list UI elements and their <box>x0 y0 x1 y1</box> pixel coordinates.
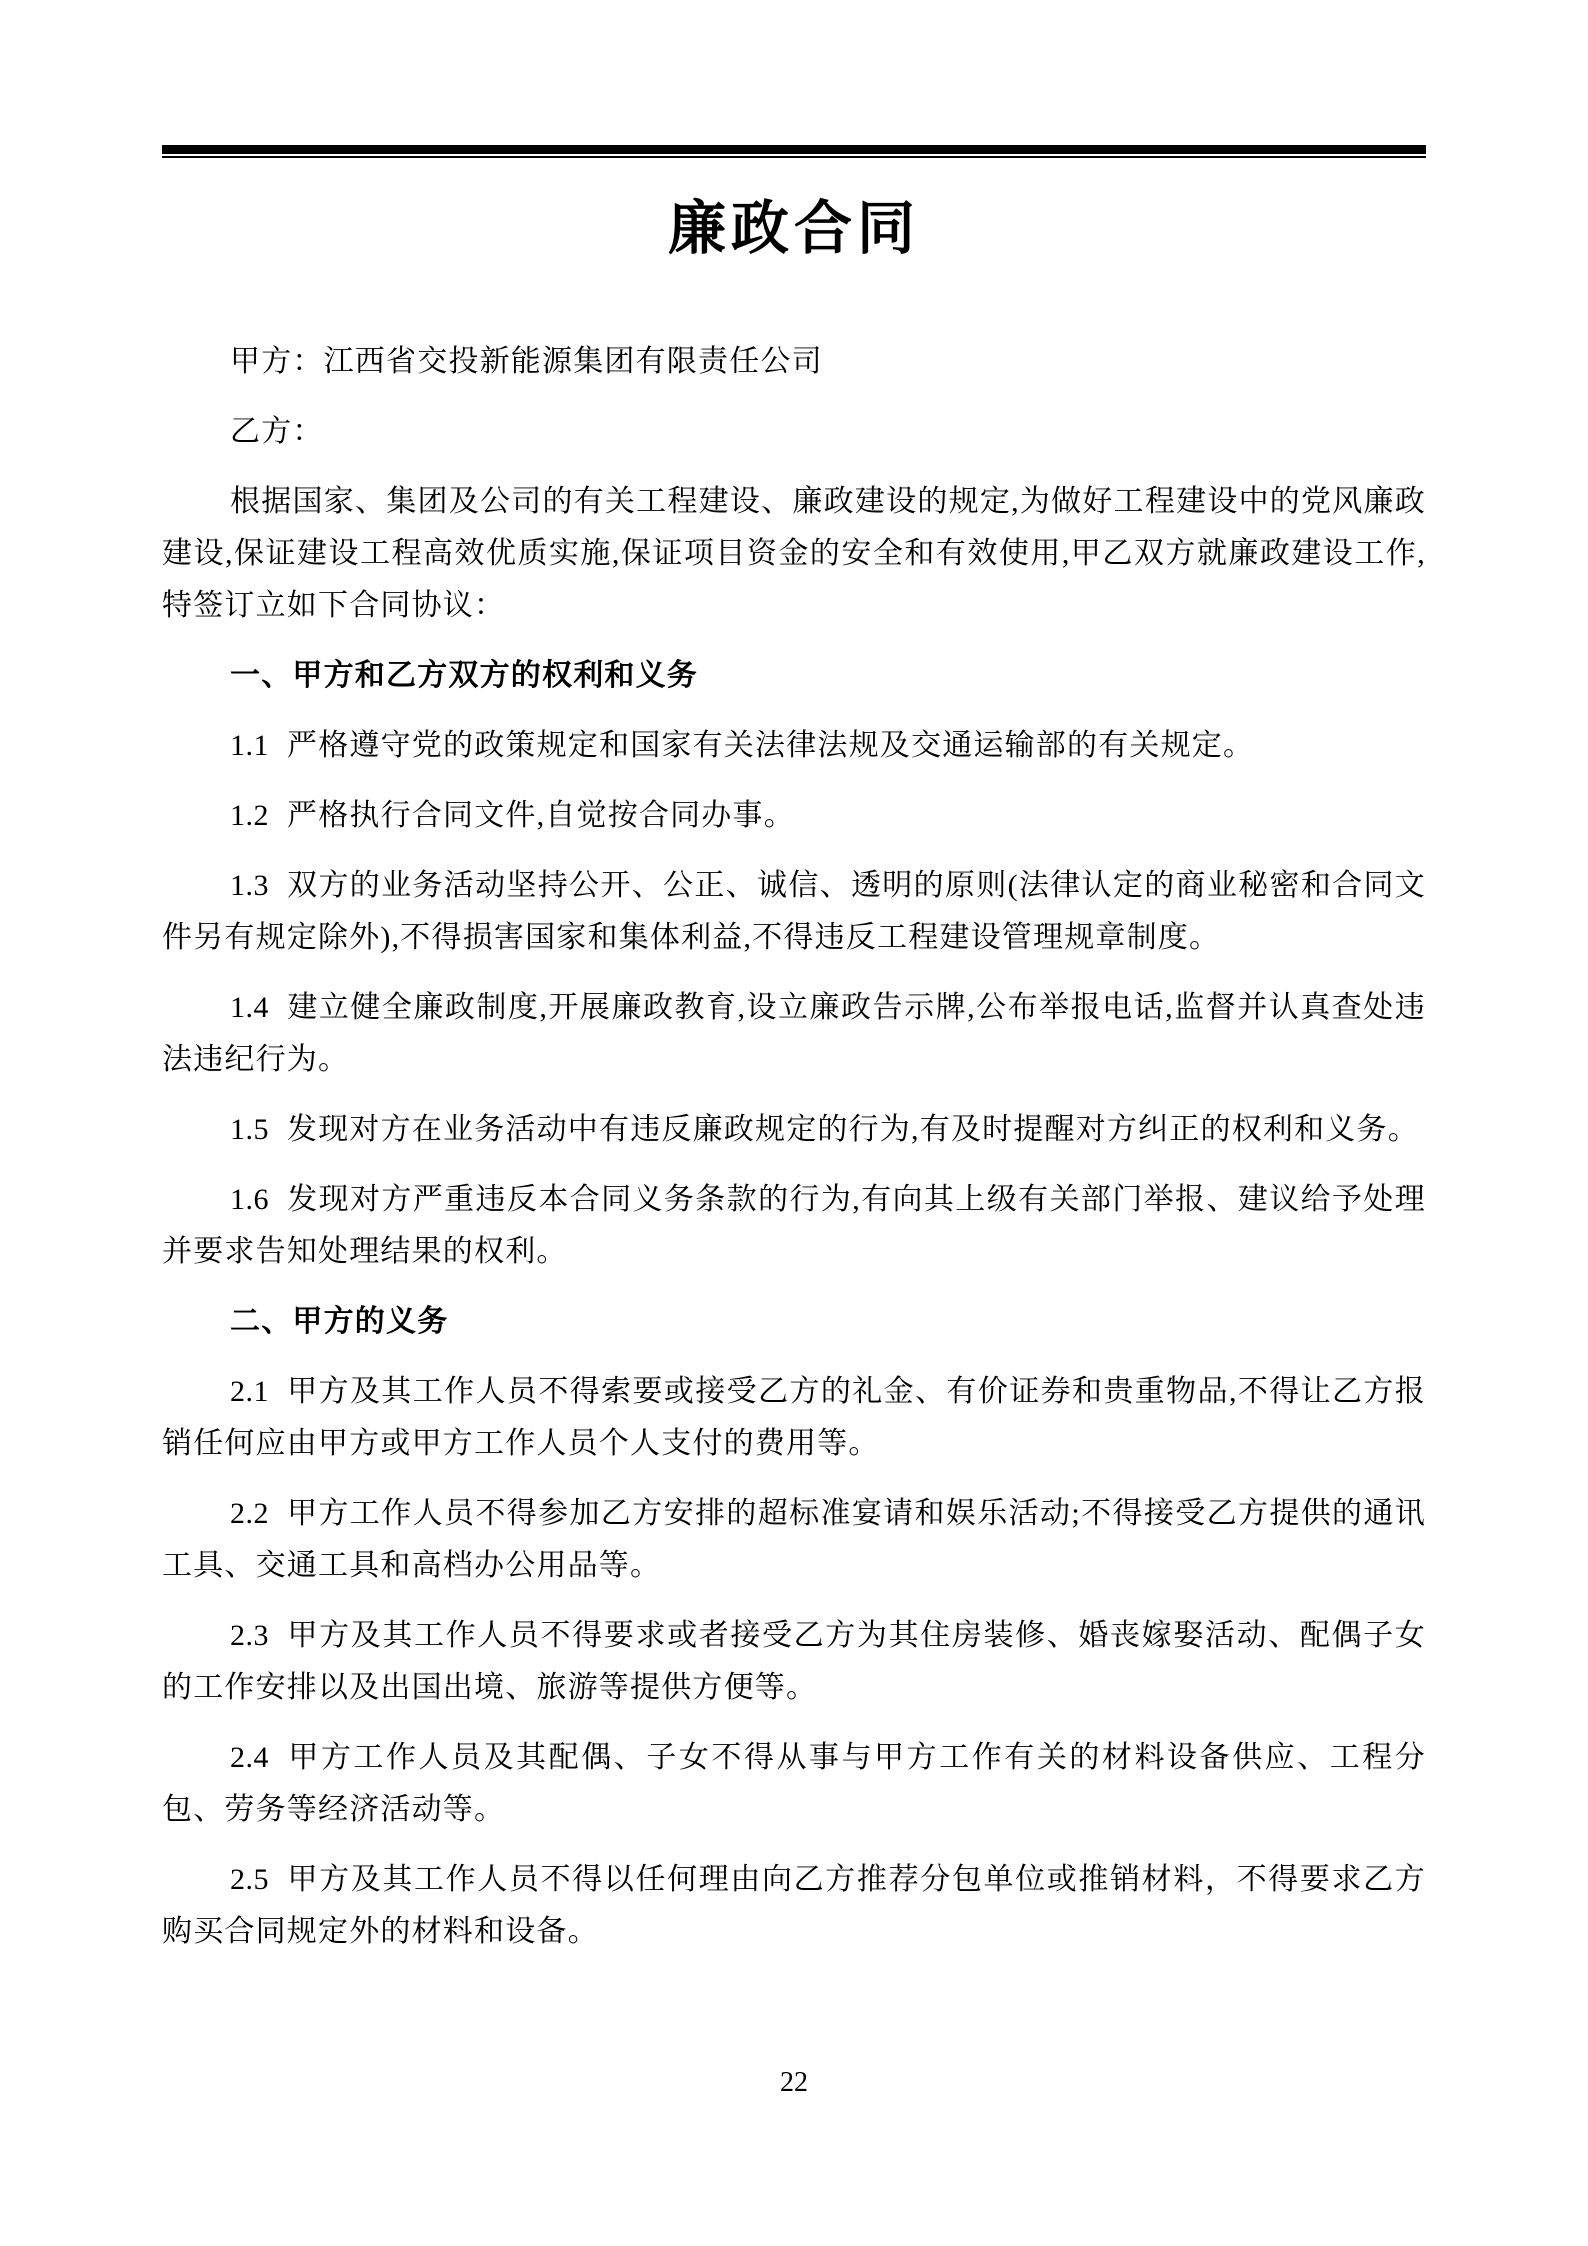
clause-number: 2.1 <box>230 1375 269 1408</box>
clause-2-1: 2.1甲方及其工作人员不得索要或接受乙方的礼金、有价证券和贵重物品,不得让乙方报… <box>162 1366 1426 1470</box>
clause-number: 2.5 <box>230 1863 269 1896</box>
clause-text: 双方的业务活动坚持公开、公正、诚信、透明的原则(法律认定的商业秘密和合同文件另有… <box>162 869 1426 954</box>
header-divider-thin-line <box>162 156 1426 158</box>
clause-text: 甲方工作人员不得参加乙方安排的超标准宴请和娱乐活动;不得接受乙方提供的通讯工具、… <box>162 1497 1426 1582</box>
clause-number: 1.1 <box>230 729 269 762</box>
party-b-line: 乙方： <box>162 406 1426 458</box>
clause-1-4: 1.4建立健全廉政制度,开展廉政教育,设立廉政告示牌,公布举报电话,监督并认真查… <box>162 982 1426 1086</box>
clause-number: 2.3 <box>230 1619 269 1652</box>
clause-text: 严格执行合同文件,自觉按合同办事。 <box>287 799 795 832</box>
clause-text: 甲方工作人员及其配偶、子女不得从事与甲方工作有关的材料设备供应、工程分包、劳务等… <box>162 1741 1426 1826</box>
clause-number: 1.5 <box>230 1113 269 1146</box>
clause-text: 甲方及其工作人员不得以任何理由向乙方推荐分包单位或推销材料，不得要求乙方购买合同… <box>162 1863 1426 1948</box>
clause-number: 1.2 <box>230 799 269 832</box>
clause-text: 严格遵守党的政策规定和国家有关法律法规及交通运输部的有关规定。 <box>287 729 1254 762</box>
page-number: 22 <box>0 2066 1588 2100</box>
clause-number: 2.2 <box>230 1497 269 1530</box>
clause-number: 1.3 <box>230 869 269 902</box>
clause-1-5: 1.5发现对方在业务活动中有违反廉政规定的行为,有及时提醒对方纠正的权利和义务。 <box>162 1104 1426 1156</box>
clause-text: 甲方及其工作人员不得索要或接受乙方的礼金、有价证券和贵重物品,不得让乙方报销任何… <box>162 1375 1426 1460</box>
section-1-heading: 一、甲方和乙方双方的权利和义务 <box>162 650 1426 702</box>
clause-number: 1.6 <box>230 1183 269 1216</box>
clause-2-4: 2.4甲方工作人员及其配偶、子女不得从事与甲方工作有关的材料设备供应、工程分包、… <box>162 1732 1426 1836</box>
clause-text: 建立健全廉政制度,开展廉政教育,设立廉政告示牌,公布举报电话,监督并认真查处违法… <box>162 991 1426 1076</box>
section-2-heading: 二、甲方的义务 <box>162 1296 1426 1348</box>
clause-1-2: 1.2严格执行合同文件,自觉按合同办事。 <box>162 790 1426 842</box>
clause-number: 2.4 <box>230 1741 269 1774</box>
clause-text: 甲方及其工作人员不得要求或者接受乙方为其住房装修、婚丧嫁娶活动、配偶子女的工作安… <box>162 1619 1426 1704</box>
party-a-name: 江西省交投新能源集团有限责任公司 <box>324 345 823 378</box>
clause-2-5: 2.5甲方及其工作人员不得以任何理由向乙方推荐分包单位或推销材料，不得要求乙方购… <box>162 1854 1426 1958</box>
clause-1-3: 1.3双方的业务活动坚持公开、公正、诚信、透明的原则(法律认定的商业秘密和合同文… <box>162 860 1426 964</box>
header-divider-thick-line <box>162 145 1426 154</box>
preamble-paragraph: 根据国家、集团及公司的有关工程建设、廉政建设的规定,为做好工程建设中的党风廉政建… <box>162 476 1426 632</box>
clause-text: 发现对方在业务活动中有违反廉政规定的行为,有及时提醒对方纠正的权利和义务。 <box>287 1113 1419 1146</box>
clause-1-1: 1.1严格遵守党的政策规定和国家有关法律法规及交通运输部的有关规定。 <box>162 720 1426 772</box>
clause-2-2: 2.2甲方工作人员不得参加乙方安排的超标准宴请和娱乐活动;不得接受乙方提供的通讯… <box>162 1488 1426 1592</box>
header-divider <box>162 145 1426 158</box>
clause-1-6: 1.6发现对方严重违反本合同义务条款的行为,有向其上级有关部门举报、建议给予处理… <box>162 1174 1426 1278</box>
party-a-line: 甲方：江西省交投新能源集团有限责任公司 <box>162 336 1426 388</box>
clause-number: 1.4 <box>230 991 269 1024</box>
party-a-label: 甲方： <box>230 345 324 378</box>
document-title: 廉政合同 <box>162 194 1426 264</box>
contract-page: 廉政合同 甲方：江西省交投新能源集团有限责任公司 乙方： 根据国家、集团及公司的… <box>162 0 1426 1976</box>
party-b-label: 乙方： <box>230 415 324 448</box>
clause-2-3: 2.3甲方及其工作人员不得要求或者接受乙方为其住房装修、婚丧嫁娶活动、配偶子女的… <box>162 1610 1426 1714</box>
clause-text: 发现对方严重违反本合同义务条款的行为,有向其上级有关部门举报、建议给予处理并要求… <box>162 1183 1426 1268</box>
